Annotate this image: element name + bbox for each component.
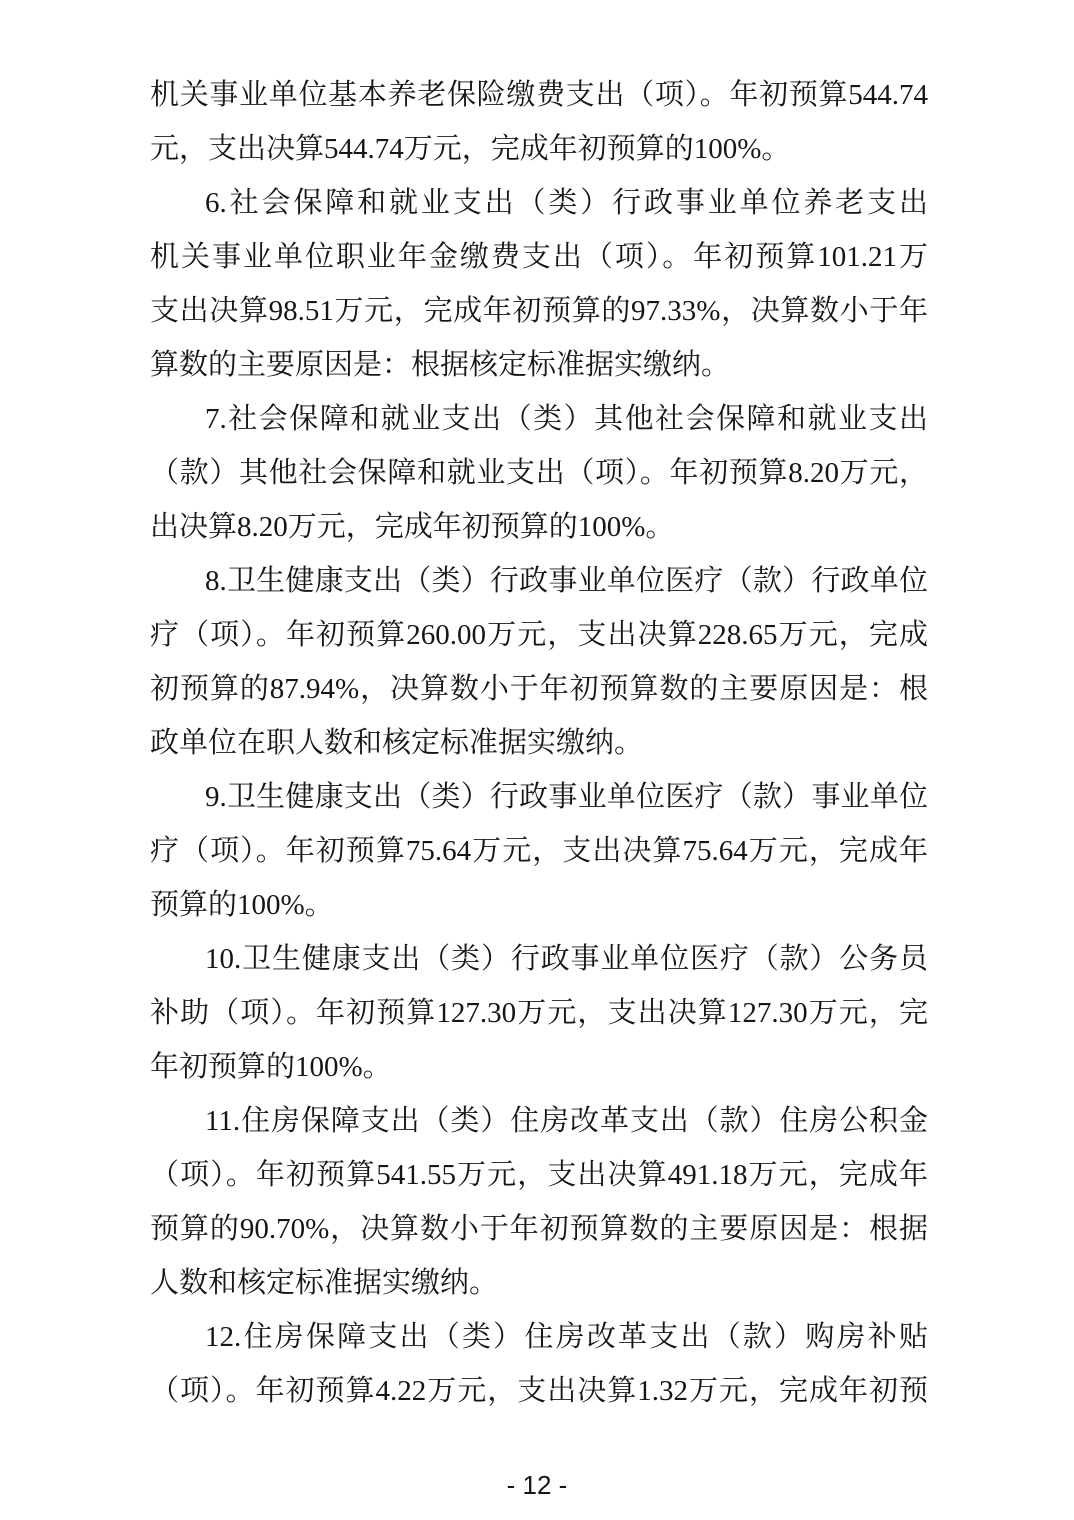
text-line: 政单位在职人数和核定标准据实缴纳。	[150, 716, 928, 770]
text-content: 机关事业单位基本养老保险缴费支出（项）。年初预算544.74万元，支出决算544…	[150, 68, 928, 1418]
text-line: 疗（项）。年初预算75.64万元，支出决算75.64万元，完成年初	[150, 824, 928, 878]
document-page: 机关事业单位基本养老保险缴费支出（项）。年初预算544.74万元，支出决算544…	[0, 0, 1074, 1520]
text-line: 出决算8.20万元，完成年初预算的100%。	[150, 500, 928, 554]
text-line: 疗（项）。年初预算260.00万元，支出决算228.65万元，完成年	[150, 608, 928, 662]
text-line: 机关事业单位基本养老保险缴费支出（项）。年初预算544.74万	[150, 68, 928, 122]
text-line: 支出决算98.51万元，完成年初预算的97.33%，决算数小于年初预	[150, 284, 928, 338]
text-line: 9.卫生健康支出（类）行政事业单位医疗（款）事业单位医	[150, 770, 928, 824]
text-line: 机关事业单位职业年金缴费支出（项）。年初预算101.21万元，	[150, 230, 928, 284]
text-line: 补助（项）。年初预算127.30万元，支出决算127.30万元，完成	[150, 986, 928, 1040]
page-number: - 12 -	[0, 1470, 1074, 1500]
text-line: 6.社会保障和就业支出（类）行政事业单位养老支出（款）	[150, 176, 928, 230]
text-line: 7.社会保障和就业支出（类）其他社会保障和就业支出	[150, 392, 928, 446]
text-line: 年初预算的100%。	[150, 1040, 928, 1094]
text-line: 10.卫生健康支出（类）行政事业单位医疗（款）公务员医疗	[150, 932, 928, 986]
text-line: 预算的90.70%，决算数小于年初预算数的主要原因是：根据在职	[150, 1202, 928, 1256]
text-line: （款）其他社会保障和就业支出（项）。年初预算8.20万元，支	[150, 446, 928, 500]
text-line: 元，支出决算544.74万元，完成年初预算的100%。	[150, 122, 928, 176]
text-line: （项）。年初预算4.22万元，支出决算1.32万元，完成年初预算	[150, 1364, 928, 1418]
text-line: 预算的100%。	[150, 878, 928, 932]
text-line: （项）。年初预算541.55万元，支出决算491.18万元，完成年初	[150, 1148, 928, 1202]
text-line: 11.住房保障支出（类）住房改革支出（款）住房公积金	[150, 1094, 928, 1148]
text-line: 初预算的87.94%，决算数小于年初预算数的主要原因是：根据行	[150, 662, 928, 716]
text-line: 8.卫生健康支出（类）行政事业单位医疗（款）行政单位医	[150, 554, 928, 608]
text-line: 人数和核定标准据实缴纳。	[150, 1256, 928, 1310]
text-line: 算数的主要原因是：根据核定标准据实缴纳。	[150, 338, 928, 392]
text-line: 12.住房保障支出（类）住房改革支出（款）购房补贴	[150, 1310, 928, 1364]
